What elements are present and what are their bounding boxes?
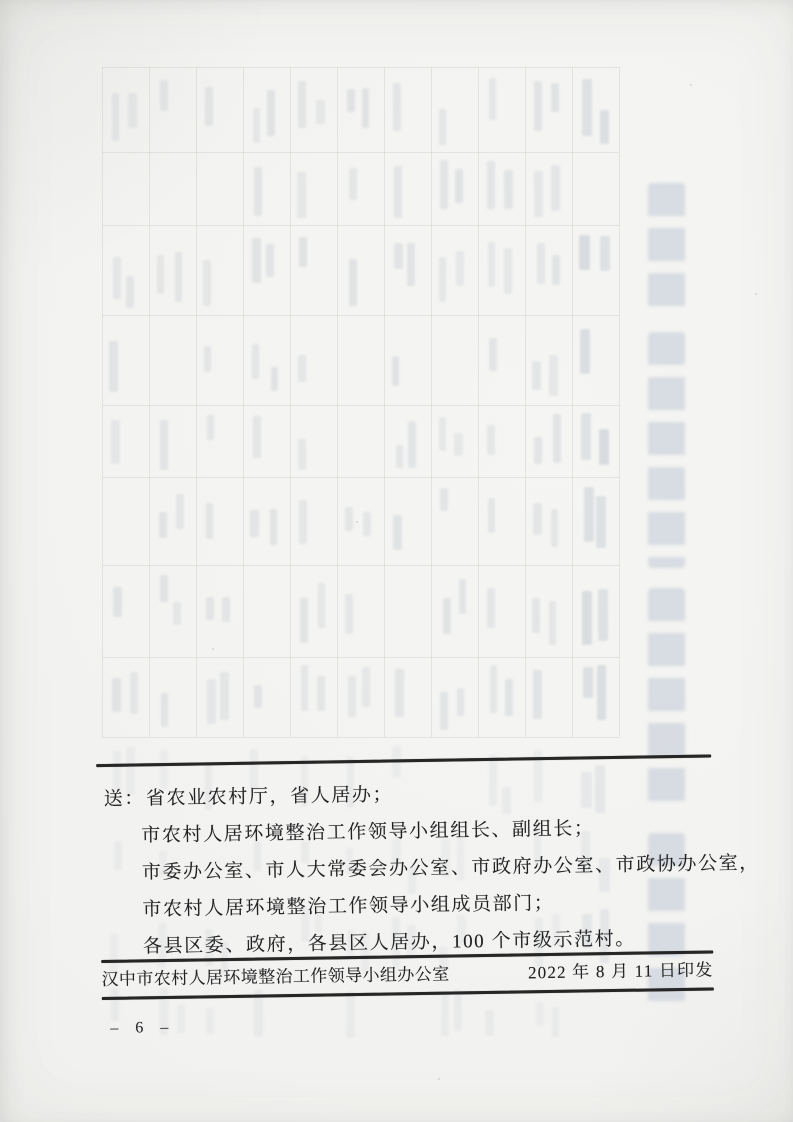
distribution-label: 送： <box>104 788 146 810</box>
page-number: – 6 – <box>110 1019 174 1038</box>
scanned-page: 送：省农业农村厅，省人居办； 市农村人居环境整治工作领导小组组长、副组长； 市委… <box>0 0 793 1122</box>
distribution-recipient-1: 省农业农村厅，省人居办； <box>146 784 394 809</box>
colophon-print-date: 2022 年 8 月 11 日印发 <box>528 957 714 986</box>
printed-content: 送：省农业农村厅，省人居办； 市农村人居环境整治工作领导小组组长、副组长； 市委… <box>0 0 793 1122</box>
distribution-block: 送：省农业农村厅，省人居办； 市农村人居环境整治工作领导小组组长、副组长； 市委… <box>103 771 746 966</box>
divider-top <box>96 754 711 767</box>
colophon-issuer: 汉中市农村人居环境整治工作领导小组办公室 <box>101 962 449 993</box>
